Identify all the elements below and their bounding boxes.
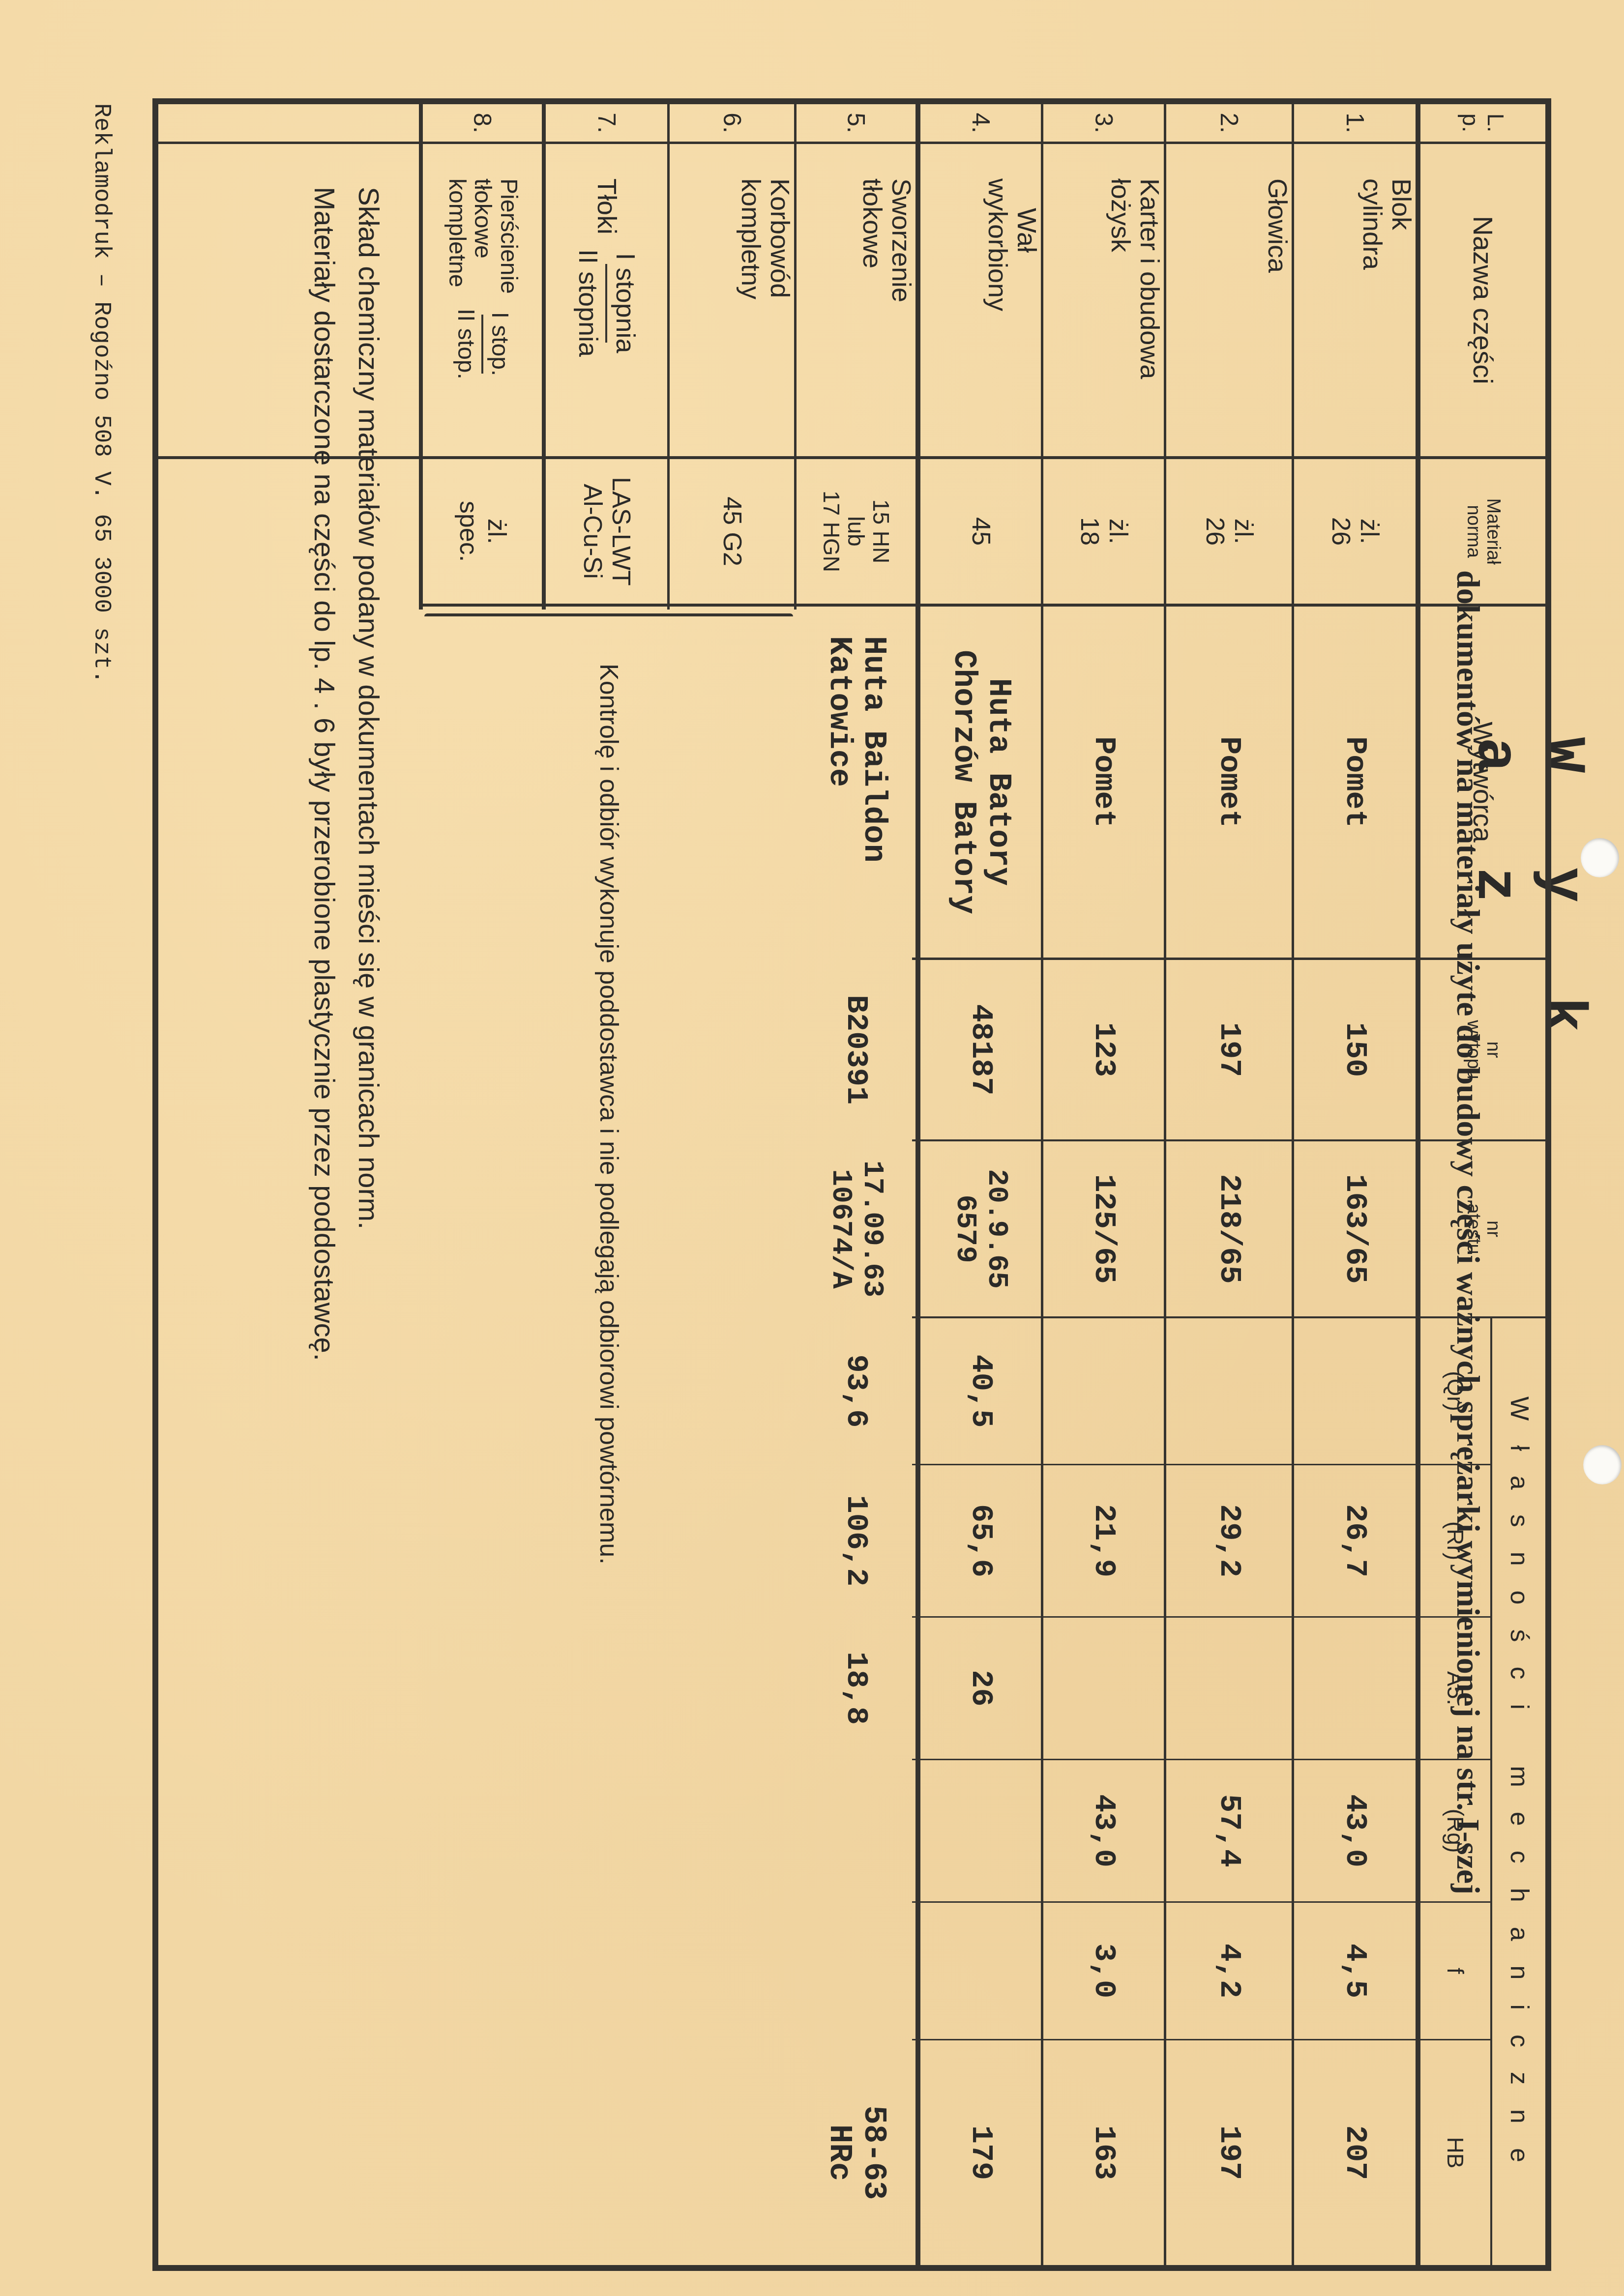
row8-lp: 8. (423, 104, 542, 142)
row5-material-line3: 17 HGN (819, 491, 844, 572)
row2-hb: 197 (1166, 2040, 1292, 2265)
row5-cert-line1: 17.09.63 (856, 1161, 887, 1297)
row7-stage-fraction: I stopnia II stopnia (573, 249, 640, 357)
row4-qr: 40,5 (920, 1318, 1041, 1464)
row5-rr: 106,2 (797, 1465, 915, 1616)
header-cert-no: nr atestu (1420, 1141, 1545, 1316)
row3-melt: 123 (1043, 960, 1164, 1139)
header-melt-line1: nr (1483, 1042, 1503, 1058)
row2-name: Głowica (1166, 144, 1292, 456)
header-hb: HB (1420, 2040, 1490, 2265)
row8-stage2: II stop. (452, 309, 478, 379)
row5-material-line2: lub (844, 516, 869, 546)
row-divider (542, 98, 546, 610)
row5-name-line2: tłokowe (857, 178, 886, 268)
row1-name: Blok cylindra (1294, 144, 1416, 456)
row4-manufacturer: Huta Batory Chorzów Batory (920, 607, 1041, 958)
row5-qr: 93,6 (797, 1318, 915, 1464)
row4-manufacturer-line2: Chorzów Batory (946, 650, 980, 914)
row4-lp: 4. (920, 104, 1041, 142)
row1-material-line1: żl. (1355, 519, 1383, 544)
document-sheet: W y k a z dokumentów na materiały użyte … (0, 0, 1624, 2296)
row5-hb-line1: 58-63 (856, 2105, 890, 2200)
row3-material-line2: 18 (1075, 517, 1103, 546)
row1-name-line2: cylindra (1357, 178, 1386, 270)
row8-name-line1: Pierścienie (495, 178, 521, 294)
row6-name-line1: Korbowód (765, 178, 794, 298)
row6-material-line1: 45 G2 (718, 496, 746, 566)
row-divider (915, 98, 920, 2271)
row1-manufacturer: Pomet (1294, 607, 1416, 958)
row4-hb: 179 (920, 2040, 1041, 2265)
row4-material-line1: 45 (967, 517, 995, 546)
row2-material-line1: żl. (1229, 519, 1257, 544)
row7-name-label: Tłoki (592, 178, 621, 234)
row8-material: żl. spec. (423, 459, 542, 604)
row5-manufacturer-line2: Katowice (822, 636, 856, 787)
row1-melt: 150 (1294, 960, 1416, 1139)
header-divider (1416, 98, 1420, 2271)
row1-lp: 1. (1294, 104, 1416, 142)
header-mechanical-properties: Własności mechaniczne (1492, 1318, 1545, 2265)
row5-name: Sworzenie tłokowe (797, 144, 915, 456)
header-melt-line2: wytopu (1463, 1020, 1483, 1079)
row2-melt: 197 (1166, 960, 1292, 1139)
row8-name-line2: tłokowe (470, 178, 496, 294)
row5-hb-line2: HRc (822, 2124, 856, 2181)
row4-cert: 20.9.65 6579 (920, 1141, 1041, 1316)
header-rr: (Rr) (1420, 1465, 1490, 1616)
header-lp: L. p. (1420, 104, 1545, 142)
header-cert-line2: atestu (1463, 1203, 1483, 1254)
printer-mark: Reklamodruk – Rogoźno 508 V. 65 3000 szt… (88, 103, 115, 684)
header-a5: A5. (1420, 1618, 1490, 1759)
row4-material: 45 (920, 459, 1041, 604)
row2-material-line2: 26 (1201, 517, 1229, 546)
row6-name: Korbowód kompletny (670, 144, 794, 456)
row7-stage1: I stopnia (611, 253, 640, 353)
row3-f: 3,0 (1043, 1903, 1164, 2039)
row2-a5 (1166, 1618, 1292, 1759)
header-material-line2: norma (1463, 505, 1483, 558)
row3-material-line1: żl. (1104, 519, 1132, 544)
row7-material-line1: LAS-LWT (607, 477, 635, 586)
row3-manufacturer: Pomet (1043, 607, 1164, 958)
row1-a5 (1294, 1618, 1416, 1759)
row5-material-line1: 15 HN (868, 499, 893, 563)
row1-material-line2: 26 (1327, 517, 1355, 546)
row8-material-line1: żl. (482, 519, 510, 544)
fraction-bar (606, 264, 608, 343)
rows-6-8-brace (424, 613, 793, 616)
rows-6-8-note: Kontrolę i odbiór wykonuje poddostawca i… (423, 659, 794, 2232)
row3-qr (1043, 1318, 1164, 1464)
row8-stage-fraction: I stop. II stop. (452, 309, 512, 379)
row3-rg: 43,0 (1043, 1760, 1164, 1901)
row7-stage2: II stopnia (573, 249, 602, 357)
row5-rg (797, 1760, 915, 1901)
row6-material: 45 G2 (670, 459, 794, 604)
row5-name-line1: Sworzenie (886, 178, 915, 302)
row5-hb: 58-63 HRc (797, 2040, 915, 2265)
row5-manufacturer: Huta Baildon Katowice (797, 607, 915, 958)
row3-name: Karter i obudowa łożysk (1043, 144, 1164, 456)
footnote-plastic-processing: Materiały dostarczone na części do lp. 4… (308, 187, 341, 1361)
row1-hb: 207 (1294, 2040, 1416, 2265)
header-manufacturer: Wytwórca (1420, 607, 1545, 958)
row5-cert: 17.09.63 10674/A (797, 1141, 915, 1316)
header-rg: (Rg) (1420, 1760, 1490, 1901)
row5-cert-line2: 10674/A (825, 1169, 856, 1289)
row4-name-line1: Wał (1012, 178, 1041, 253)
row2-rg: 57,4 (1166, 1760, 1292, 1901)
row3-a5 (1043, 1618, 1164, 1759)
row1-name-line1: Blok (1387, 178, 1416, 230)
row2-lp: 2. (1166, 104, 1292, 142)
row7-material-line2: Al-Cu-Si (578, 484, 606, 579)
row8-stage1: I stop. (486, 312, 512, 376)
row8-name-stack: Pierścienie tłokowe kompletne (443, 178, 521, 294)
header-name: Nazwa części (1420, 144, 1545, 456)
row5-melt: B20391 (797, 960, 915, 1139)
row7-lp: 7. (546, 104, 667, 142)
header-melt-no: nr wytopu (1420, 960, 1545, 1139)
row3-rr: 21,9 (1043, 1465, 1164, 1616)
row1-rg: 43,0 (1294, 1760, 1416, 1901)
row3-hb: 163 (1043, 2040, 1164, 2265)
row7-name: Tłoki I stopnia II stopnia (546, 144, 667, 456)
row4-cert-line2: 6579 (949, 1194, 981, 1263)
header-material: Materiał norma (1420, 459, 1545, 604)
header-qr: (Qr) (1420, 1318, 1490, 1464)
row6-lp: 6. (670, 104, 794, 142)
row1-cert: 163/65 (1294, 1141, 1416, 1316)
row4-name-line2: wykorbiony (982, 178, 1011, 311)
footnote-chemical-composition: Skład chemiczny materiałów podany w doku… (352, 187, 385, 1229)
header-f: f (1420, 1903, 1490, 2039)
row5-lp: 5. (797, 104, 915, 142)
row4-a5: 26 (920, 1618, 1041, 1759)
row4-rg (920, 1760, 1041, 1901)
row1-f: 4,5 (1294, 1903, 1416, 2039)
notes-divider (419, 98, 423, 610)
row1-material: żl. 26 (1294, 459, 1416, 604)
punch-hole-2 (1583, 1445, 1622, 1484)
row3-name-line1: Karter i obudowa (1135, 178, 1164, 379)
row3-lp: 3. (1043, 104, 1164, 142)
row7-material: LAS-LWT Al-Cu-Si (546, 459, 667, 604)
row2-name-line1: Głowica (1263, 178, 1292, 273)
row3-material: żl. 18 (1043, 459, 1164, 604)
row5-a5: 18,8 (797, 1618, 915, 1759)
row4-manufacturer-line1: Huta Batory (981, 678, 1015, 886)
row4-cert-line1: 20.9.65 (981, 1169, 1012, 1289)
row2-manufacturer: Pomet (1166, 607, 1292, 958)
row5-manufacturer-line1: Huta Baildon (856, 636, 890, 863)
row3-name-line2: łożysk (1105, 178, 1134, 252)
row8-name: Pierścienie tłokowe kompletne I stop. II… (423, 144, 542, 456)
row2-f: 4,2 (1166, 1903, 1292, 2039)
row1-rr: 26,7 (1294, 1465, 1416, 1616)
row2-qr (1166, 1318, 1292, 1464)
header-cert-line1: nr (1483, 1221, 1503, 1237)
row2-material: żl. 26 (1166, 459, 1292, 604)
row2-cert: 218/65 (1166, 1141, 1292, 1316)
row8-material-line2: spec. (454, 501, 482, 562)
row4-rr: 65,6 (920, 1465, 1041, 1616)
row2-rr: 29,2 (1166, 1465, 1292, 1616)
row6-name-line2: kompletny (736, 178, 765, 299)
row5-f (797, 1903, 915, 2039)
fraction-bar (481, 315, 483, 374)
row5-material: 15 HN lub 17 HGN (797, 459, 915, 604)
row4-name: Wał wykorbiony (920, 144, 1041, 456)
header-material-line1: Materiał (1483, 498, 1503, 564)
row4-f (920, 1903, 1041, 2039)
row1-qr (1294, 1318, 1416, 1464)
row3-cert: 125/65 (1043, 1141, 1164, 1316)
row8-name-line3: kompletne (443, 178, 470, 294)
row4-melt: 48187 (920, 960, 1041, 1139)
